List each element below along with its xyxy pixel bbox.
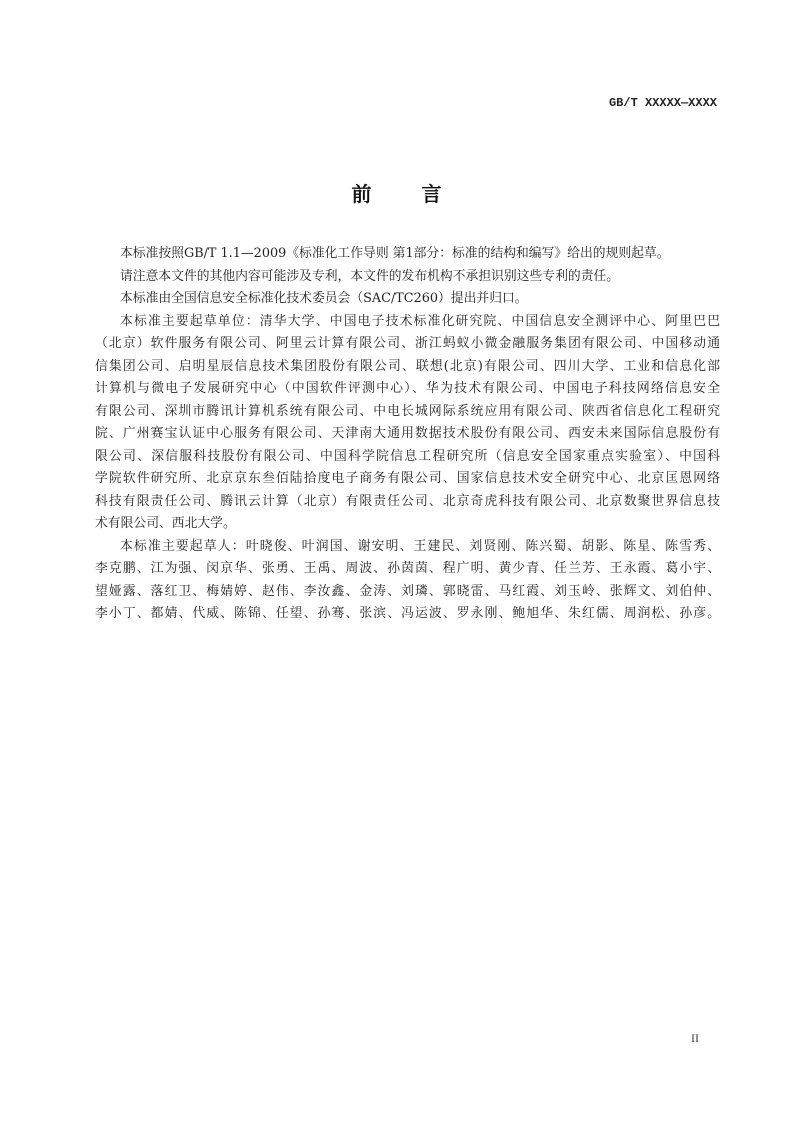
text-line: 术有限公司、西北大学。 [95,513,720,536]
paragraph-drafters: 本标准主要起草人：叶晓俊、叶润国、谢安明、王建民、刘贤刚、陈兴蜀、胡影、陈星、陈… [95,536,720,626]
text-line: 本标准由全国信息安全标准化技术委员会（SAC/TC260）提出并归口。 [95,288,720,311]
text-line: 请注意本文件的其他内容可能涉及专利，本文件的发布机构不承担识别这些专利的责任。 [95,266,720,289]
text-line: （北京）软件服务有限公司、阿里云计算有限公司、浙江蚂蚁小微金融服务集团有限公司、… [95,333,720,356]
text-line: 李小丁、都婧、代威、陈锦、任望、孙骞、张滨、冯运波、罗永刚、鲍旭华、朱红儒、周润… [95,603,720,626]
title-char-2: 言 [422,178,442,207]
paragraph-patent-notice: 请注意本文件的其他内容可能涉及专利，本文件的发布机构不承担识别这些专利的责任。 [95,266,720,289]
title-char-1: 前 [352,178,372,207]
foreword-body: 本标准按照GB/T 1.1—2009《标准化工作导则 第1部分：标准的结构和编写… [95,243,720,626]
text-line: 本标准主要起草单位：清华大学、中国电子技术标准化研究院、中国信息安全测评中心、阿… [95,311,720,334]
text-line: 科技有限责任公司、腾讯云计算（北京）有限责任公司、北京奇虎科技有限公司、北京数聚… [95,491,720,514]
text-line: 学院软件研究所、北京京东叁佰陆拾度电子商务有限公司、国家信息技术安全研究中心、北… [95,468,720,491]
text-line: 信集团公司、启明星辰信息技术集团股份有限公司、联想(北京)有限公司、四川大学、工… [95,356,720,379]
paragraph-drafting-organizations: 本标准主要起草单位：清华大学、中国电子技术标准化研究院、中国信息安全测评中心、阿… [95,311,720,536]
text-line: 本标准主要起草人：叶晓俊、叶润国、谢安明、王建民、刘贤刚、陈兴蜀、胡影、陈星、陈… [95,536,720,559]
text-line: 限公司、深信服科技股份有限公司、中国科学院信息工程研究所（信息安全国家重点实验室… [95,446,720,469]
text-line: 计算机与微电子发展研究中心（中国软件评测中心）、华为技术有限公司、中国电子科技网… [95,378,720,401]
page-number: II [691,1031,699,1046]
text-line: 院、广州赛宝认证中心服务有限公司、天津南大通用数据技术股份有限公司、西安未来国际… [95,423,720,446]
text-line: 本标准按照GB/T 1.1—2009《标准化工作导则 第1部分：标准的结构和编写… [95,243,720,266]
page-title: 前言 [0,178,793,207]
paragraph-drafting-rules: 本标准按照GB/T 1.1—2009《标准化工作导则 第1部分：标准的结构和编写… [95,243,720,266]
standard-code-header: GB/T XXXXX—XXXX [609,96,717,110]
text-line: 李克鹏、江为强、闵京华、张勇、王禹、周波、孙茵茵、程广明、黄少青、任兰芳、王永霞… [95,558,720,581]
text-line: 望娅露、落红卫、梅婧婷、赵伟、李汝鑫、金涛、刘璘、郭晓雷、马红霞、刘玉岭、张辉文… [95,581,720,604]
paragraph-proposer: 本标准由全国信息安全标准化技术委员会（SAC/TC260）提出并归口。 [95,288,720,311]
text-line: 有限公司、深圳市腾讯计算机系统有限公司、中电长城网际系统应用有限公司、陕西省信息… [95,401,720,424]
